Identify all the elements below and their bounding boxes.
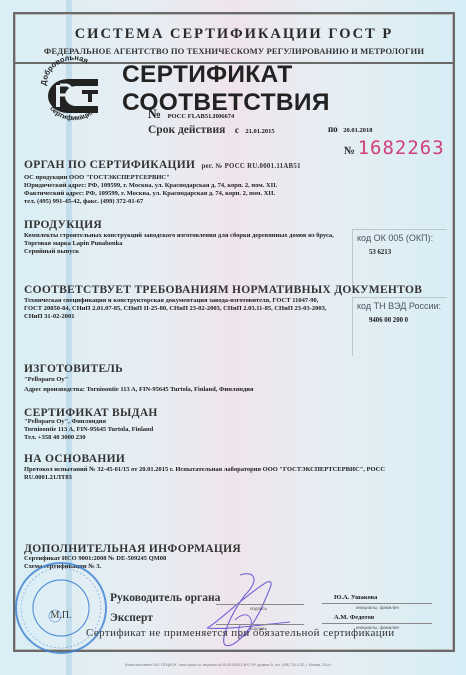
certification-body-heading: ОРГАН ПО СЕРТИФИКАЦИИ рег. № РОСС RU.000… (24, 159, 301, 171)
valid-from-date: 21.01.2015 (245, 128, 274, 135)
valid-to-date: 20.01.2018 (343, 127, 372, 134)
system-title: СИСТЕМА СЕРТИФИКАЦИИ ГОСТ Р (15, 26, 453, 43)
head-name: Ю.А. Ушакова (334, 594, 377, 601)
certification-body-details: ОС продукции ООО "ГОСТЭКСПЕРТСЕРВИС" Юри… (24, 174, 277, 206)
basis-heading: НА ОСНОВАНИИ (24, 453, 125, 465)
expert-label: Эксперт (110, 612, 153, 624)
validity-row: Срок действия с 21.01.2015 (148, 124, 275, 136)
okp-code-box: код ОК 005 (ОКП): 53 6213 (352, 229, 447, 288)
additional-info-heading: ДОПОЛНИТЕЛЬНАЯ ИНФОРМАЦИЯ (24, 543, 241, 555)
head-name-line (322, 603, 432, 604)
conformity-details: Техническая спецификация и конструкторск… (24, 297, 326, 321)
expert-name-line (322, 623, 432, 624)
svg-text:М.П.: М.П. (50, 610, 71, 621)
manufacturer-heading: ИЗГОТОВИТЕЛЬ (24, 363, 123, 375)
blank-number-row: № 1682263 (344, 137, 445, 159)
product-heading: ПРОДУКЦИЯ (24, 219, 102, 231)
expert-name: А.М. Федотов (334, 614, 374, 621)
okp-code-label: код ОК 005 (ОКП): (357, 233, 447, 243)
tnved-code-label: код ТН ВЭД России: (357, 301, 447, 311)
tnved-code-box: код ТН ВЭД России: 9406 00 200 0 (352, 297, 447, 356)
valid-to-row: по 20.01.2018 (328, 124, 372, 135)
expert-signature-line (216, 624, 304, 625)
blank-number: 1682263 (358, 137, 445, 159)
rst-logo-icon: Добровольная сертификация (38, 55, 108, 130)
issued-to-details: "Pelloparu Oy", Финляндия Tornioontie 11… (24, 418, 153, 442)
product-details: Комплекты строительных конструкций завод… (24, 232, 334, 256)
voluntary-note: Сертификат не применяется при обязательн… (86, 627, 395, 639)
certificate-number-row: № РОСС FI.AB51.H06674 (148, 106, 234, 122)
head-of-body-label: Руководитель органа (110, 592, 220, 604)
conformity-heading: СООТВЕТСТВУЕТ ТРЕБОВАНИЯМ НОРМАТИВНЫХ ДО… (24, 284, 422, 296)
manufacturer-details: "Pelloparu Oy" Адрес производства: Torni… (24, 376, 254, 394)
okp-code-value: 53 6213 (369, 249, 447, 256)
signature-scribble-icon (205, 570, 295, 660)
certificate-number: РОСС FI.AB51.H06674 (168, 113, 235, 120)
print-note: Бланк изготовлен ЗАО "ОПЦИОН", www.opcio… (125, 663, 332, 667)
tnved-code-value: 9406 00 200 0 (369, 317, 447, 324)
basis-details: Протокол испытаний № 32-45-01/15 от 20.0… (24, 466, 385, 482)
registration-number: рег. № РОСС RU.0001.11АВ51 (201, 163, 300, 170)
official-stamp-icon: М.П. (13, 560, 109, 656)
head-signature-line (216, 604, 304, 605)
